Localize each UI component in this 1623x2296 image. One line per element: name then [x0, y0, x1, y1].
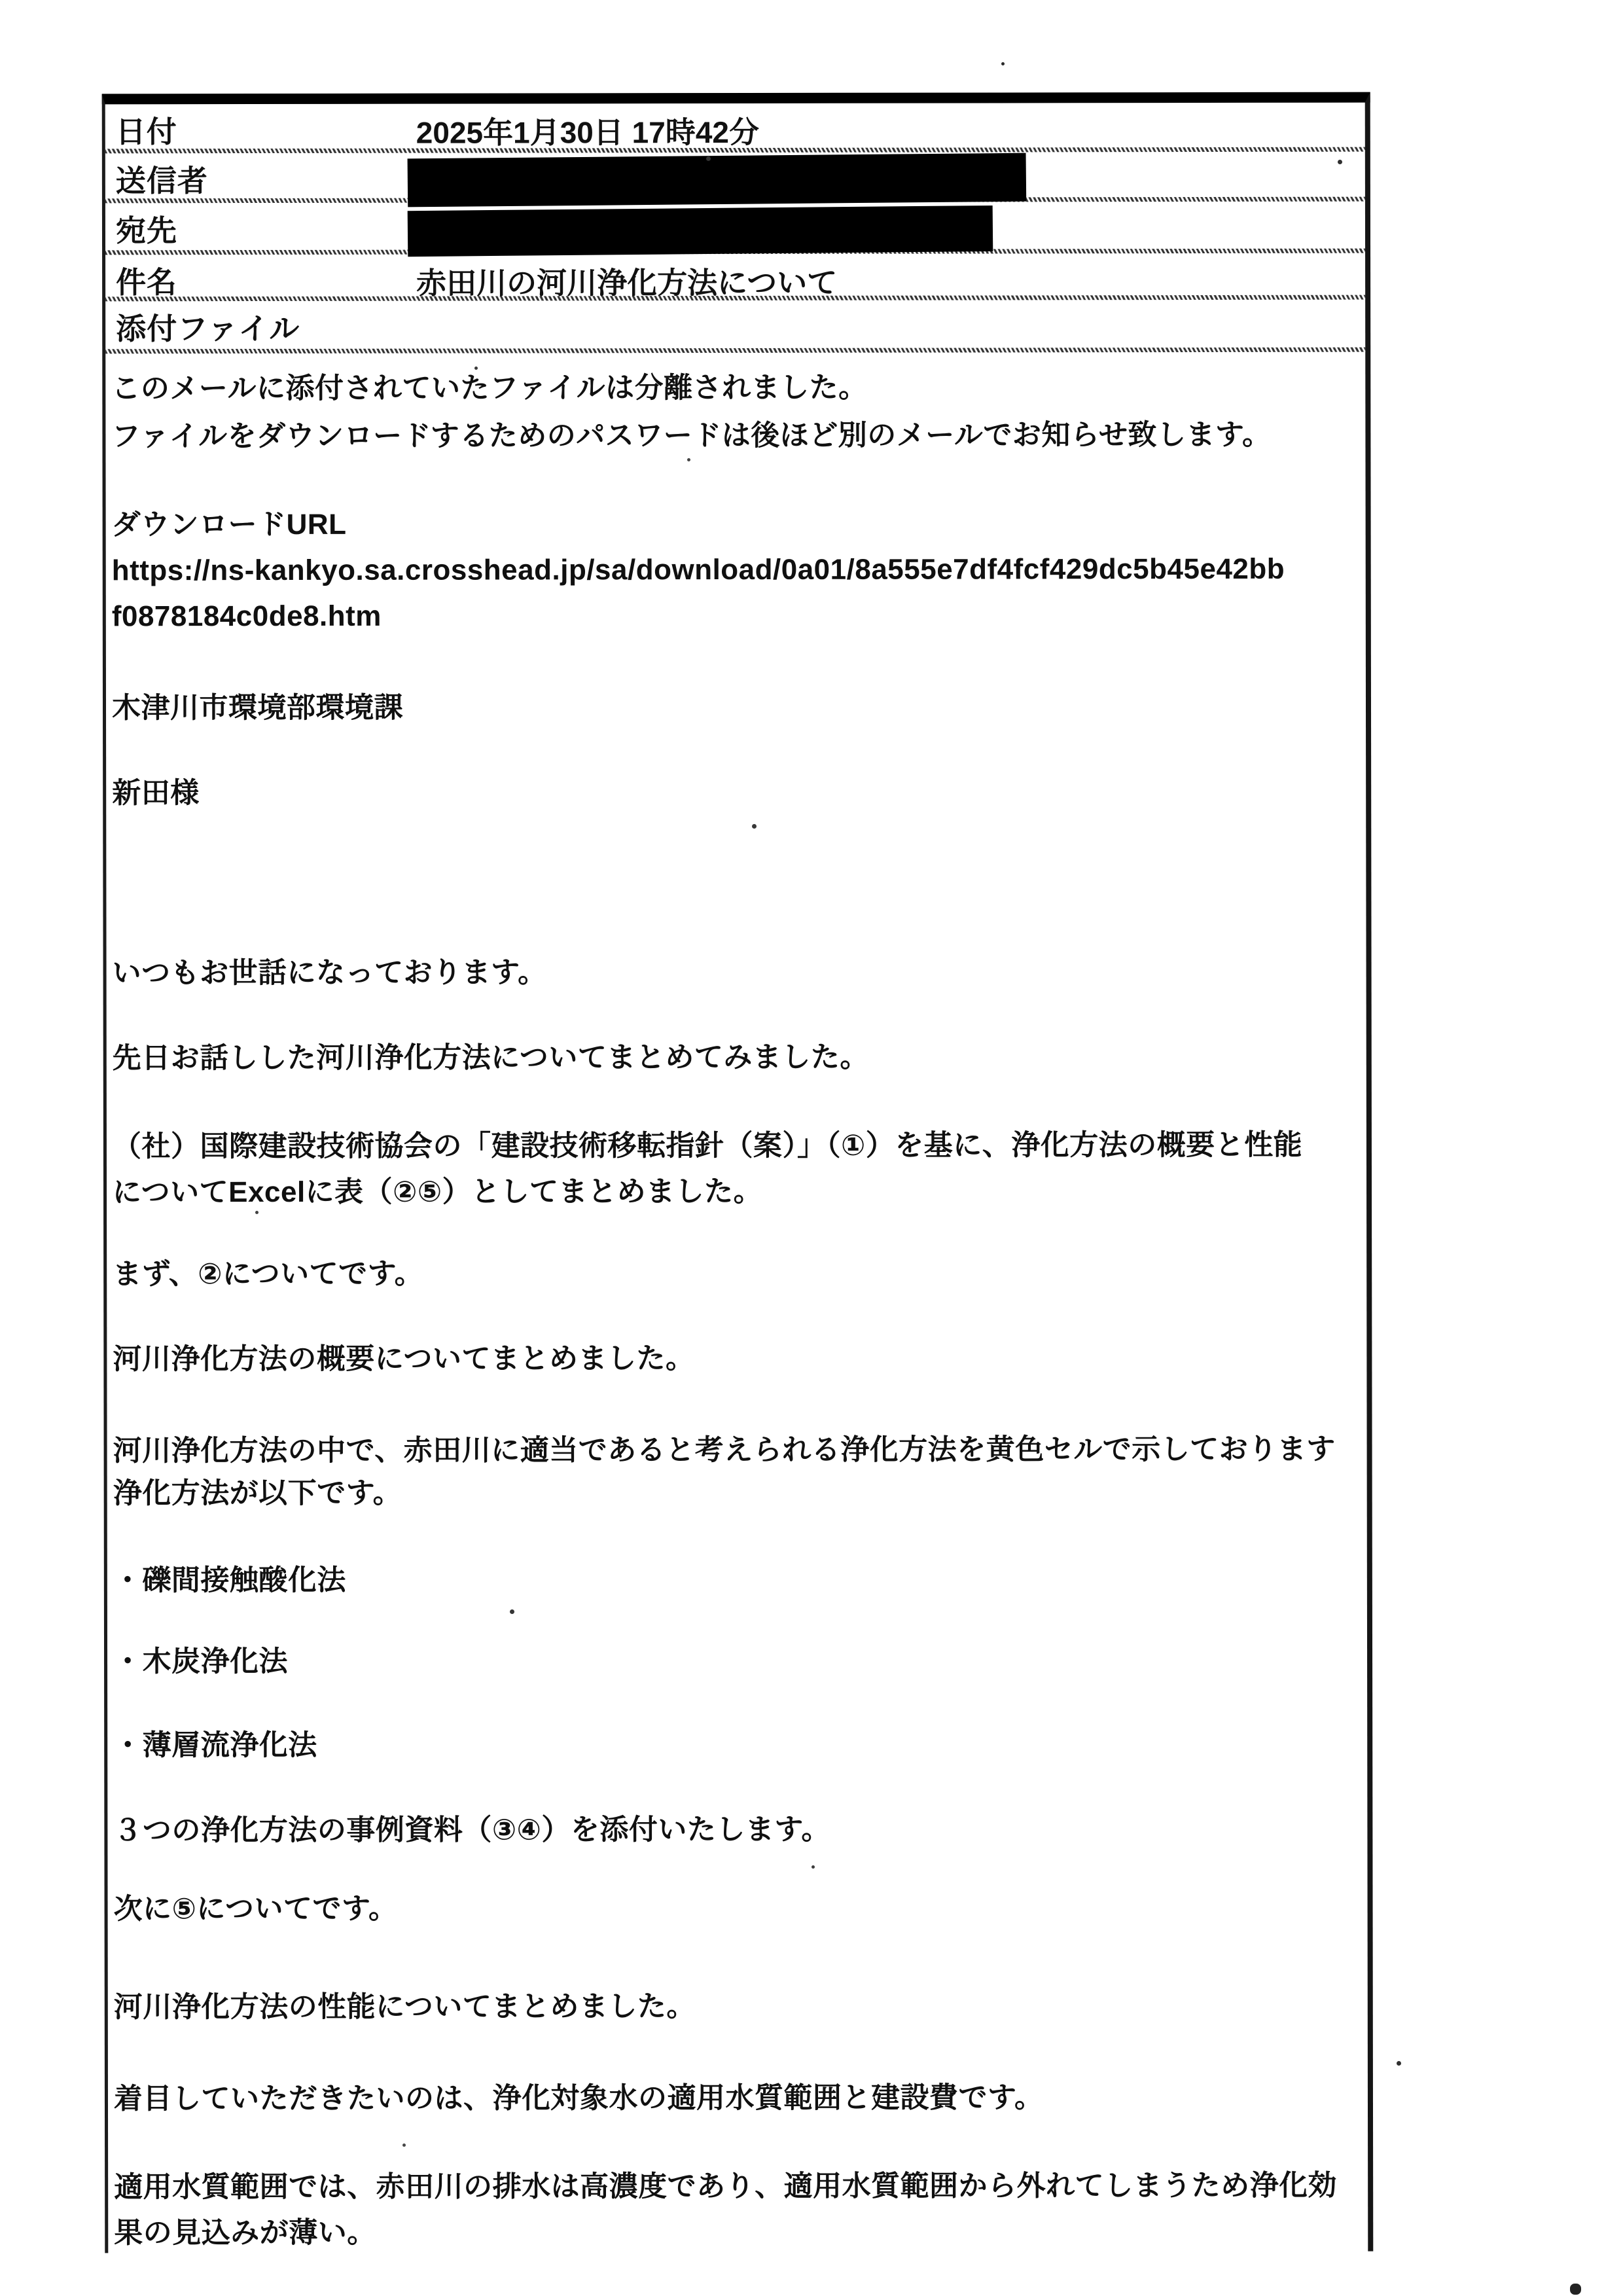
scanned-email-page: { "page": { "ink_color": "#111111", "bac… — [0, 0, 1623, 2296]
sender-redaction-bar — [408, 153, 1027, 207]
body-text-line: ファイルをダウンロードするためのパスワードは後ほど別のメールでお知らせ致します。 — [111, 418, 1271, 454]
bullet-item: ・薄層流浄化法 — [113, 1729, 317, 1763]
body-text-line: 浄化方法が以下です。 — [113, 1477, 402, 1511]
scan-noise — [1001, 62, 1005, 65]
body-text-line: ダウンロードURL — [112, 508, 347, 543]
body-text-line: 木津川市環境部環境課 — [112, 691, 403, 726]
body-text-line: いつもお世話になっております。 — [113, 956, 547, 990]
body-text-line: 果の見込みが薄い。 — [114, 2216, 376, 2251]
body-text-line: ３つの浄化方法の事例資料（③④）を添付いたします。 — [113, 1813, 830, 1848]
body-text-line: 河川浄化方法の中で、赤田川に適当であると考えられる浄化方法を黄色セルで示しており… — [113, 1433, 1336, 1469]
body-text-line: まず、②についてです。 — [113, 1257, 423, 1292]
body-text-line: 次に⑤についてです。 — [114, 1892, 398, 1927]
body-text-line: 河川浄化方法の性能についてまとめました。 — [114, 1990, 696, 2024]
body-text-line: 着目していただきたいのは、浄化対象水の適用水質範囲と建設費です。 — [114, 2081, 1044, 2116]
body-text-line: 適用水質範囲では、赤田川の排水は高濃度であり、適用水質範囲から外れてしまうため浄… — [114, 2169, 1337, 2205]
recipient-redaction-bar — [408, 206, 993, 257]
body-text-line: 新田様 — [112, 776, 200, 810]
body-text-line: このメールに添付されていたファイルは分離されました。 — [111, 371, 867, 406]
download-url-text: f0878184c0de8.htm — [112, 600, 382, 634]
bullet-item: ・礫間接触酸化法 — [113, 1564, 346, 1598]
email-scan-frame: 日付 2025年1月30日 17時42分 送信者 宛先 件名 赤田川の河川浄化方… — [102, 92, 1374, 2253]
body-text-line: （社）国際建設技術協会の「建設技術移転指針（案）」（①）を基に、浄化方法の概要と… — [113, 1128, 1302, 1164]
bullet-item: ・木炭浄化法 — [113, 1645, 288, 1679]
download-url-text: https://ns-kankyo.sa.crosshead.jp/sa/dow… — [112, 552, 1285, 588]
email-body: このメールに添付されていたファイルは分離されました。 ファイルをダウンロードする… — [105, 103, 1368, 2253]
body-text-line: についてExcelに表（②⑤）としてまとめました。 — [113, 1175, 762, 1210]
body-text-line: 河川浄化方法の概要についてまとめました。 — [113, 1342, 694, 1376]
body-text-line: 先日お話しした河川浄化方法についてまとめてみました。 — [113, 1041, 869, 1076]
